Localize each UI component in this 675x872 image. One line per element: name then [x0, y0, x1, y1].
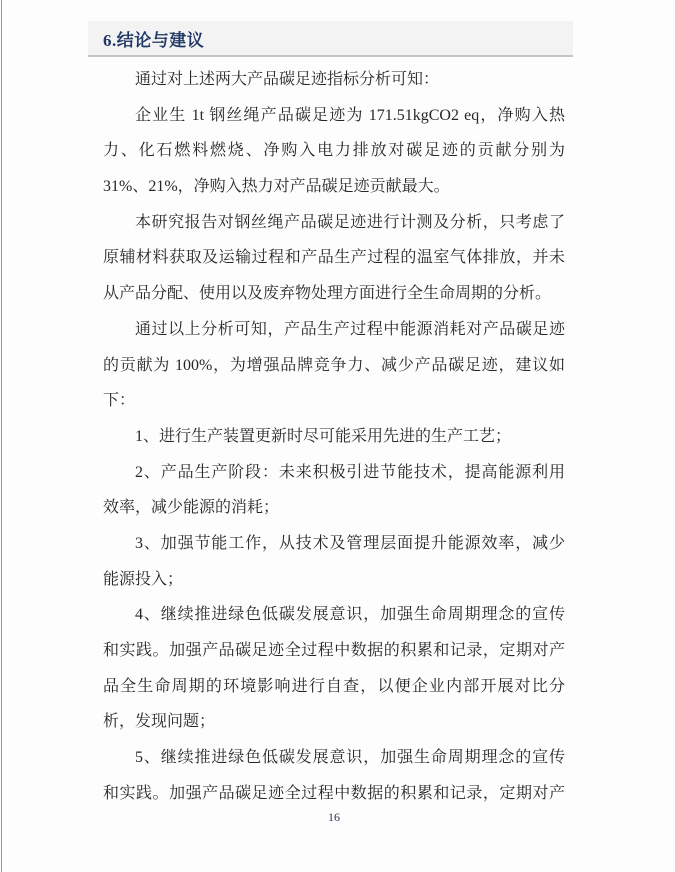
text-line: 和实践。加强产品碳足迹全过程中数据的积累和记录，定期对产	[103, 776, 565, 812]
text-line: 品全生命周期的环境影响进行自查，以便企业内部开展对比分	[103, 669, 565, 705]
text-line: 4、继续推进绿色低碳发展意识，加强生命周期理念的宣传	[103, 597, 565, 633]
text-line: 本研究报告对钢丝绳产品碳足迹进行计测及分析，只考虑了	[103, 205, 565, 241]
text-line: 的贡献为 100%，为增强品牌竞争力、减少产品碳足迹，建议如	[103, 348, 565, 384]
text-line: 力、化石燃料燃烧、净购入电力排放对碳足迹的贡献分别为 41%、	[103, 133, 565, 169]
document-body: 通过对上述两大产品碳足迹指标分析可知：企业生 1t 钢丝绳产品碳足迹为 171.…	[103, 62, 565, 811]
text-line: 析，发现问题；	[103, 704, 565, 740]
text-line: 效率，减少能源的消耗；	[103, 490, 565, 526]
text-line: 5、继续推进绿色低碳发展意识，加强生命周期理念的宣传	[103, 740, 565, 776]
text-line: 和实践。加强产品碳足迹全过程中数据的积累和记录，定期对产	[103, 633, 565, 669]
text-line: 能源投入；	[103, 562, 565, 598]
text-line: 从产品分配、使用以及废弃物处理方面进行全生命周期的分析。	[103, 276, 565, 312]
document-page: 6.结论与建议 通过对上述两大产品碳足迹指标分析可知：企业生 1t 钢丝绳产品碳…	[0, 21, 675, 811]
text-line: 原辅材料获取及运输过程和产品生产过程的温室气体排放，并未	[103, 240, 565, 276]
section-heading-text: 6.结论与建议	[103, 31, 204, 50]
text-line: 2、产品生产阶段：未来积极引进节能技术，提高能源利用	[103, 455, 565, 491]
text-line: 通过以上分析可知，产品生产过程中能源消耗对产品碳足迹	[103, 312, 565, 348]
section-heading: 6.结论与建议	[88, 21, 573, 57]
text-line: 通过对上述两大产品碳足迹指标分析可知：	[103, 62, 565, 98]
text-line: 下：	[103, 383, 565, 419]
pane-edge-divider	[1, 0, 2, 872]
text-line: 企业生 1t 钢丝绳产品碳足迹为 171.51kgCO2 eq，净购入热	[103, 98, 565, 134]
text-line: 1、进行生产装置更新时尽可能采用先进的生产工艺；	[103, 419, 565, 455]
text-line: 3、加强节能工作，从技术及管理层面提升能源效率，减少	[103, 526, 565, 562]
text-line: 31%、21%，净购入热力对产品碳足迹贡献最大。	[103, 169, 565, 205]
page-number: 16	[103, 810, 565, 825]
